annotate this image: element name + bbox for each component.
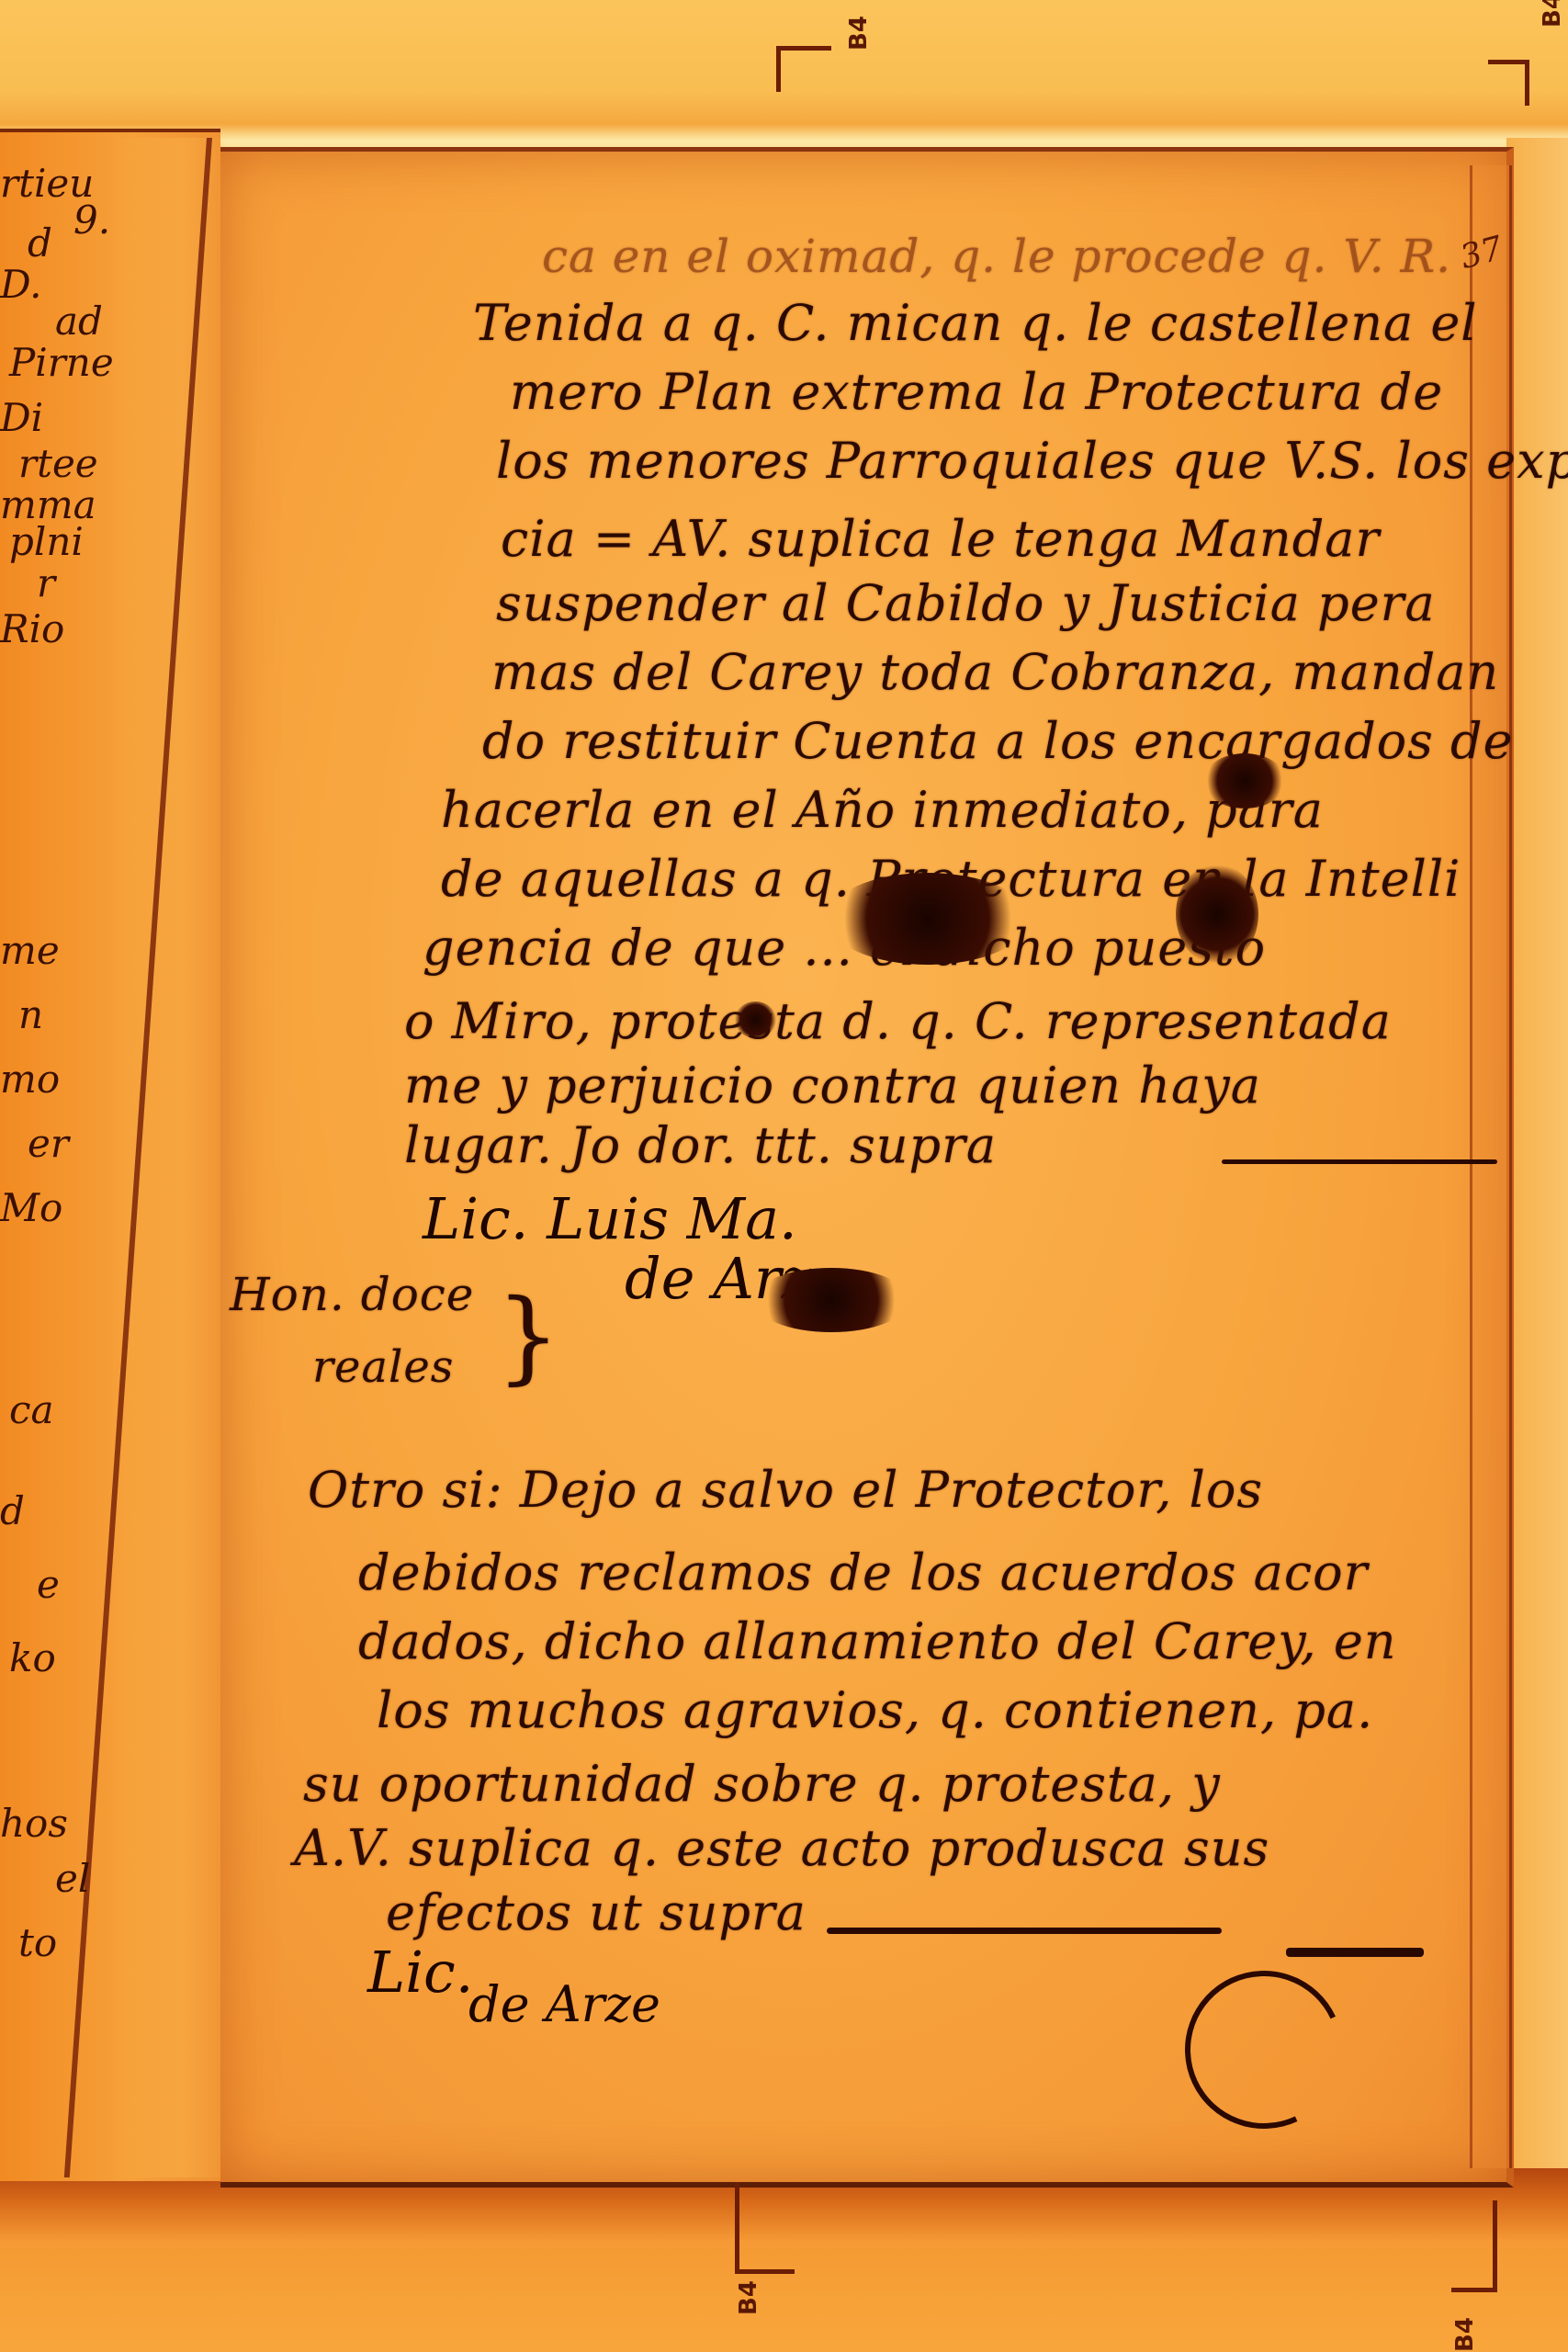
left-fragment: Rio — [0, 606, 64, 651]
text-line: o Miro, protesta d. q. C. representada — [404, 992, 1392, 1050]
left-fragment: rtee — [18, 441, 98, 486]
text-line: do restituir Cuenta a los encargados de — [482, 712, 1514, 770]
left-fragment: ca — [9, 1387, 54, 1432]
signature-line: Lic. — [367, 1939, 473, 2006]
text-line: mas del Carey toda Cobranza, mandan — [491, 643, 1499, 701]
left-fragment: e — [37, 1562, 60, 1607]
crop-mark-top-left — [776, 46, 831, 92]
left-fragment: 9. — [73, 198, 110, 243]
text-line: lugar. Jo dor. ttt. supra — [404, 1116, 997, 1174]
left-fragment: Di — [0, 395, 43, 440]
crop-mark-top-right — [1488, 60, 1529, 106]
left-fragment: D. — [0, 262, 42, 307]
left-fragment: er — [28, 1121, 69, 1166]
left-fragment: d — [28, 220, 52, 266]
left-fragment: el — [55, 1856, 90, 1901]
signature-line: de Arze — [468, 1975, 660, 2033]
left-fragment: me — [0, 928, 60, 973]
text-line: me y perjuicio contra quien haya — [404, 1057, 1261, 1114]
text-line: los menores Parroquiales que V.S. los ex… — [496, 432, 1568, 490]
crop-label-top-left: B4 — [845, 16, 873, 51]
ink-blot — [753, 1268, 909, 1332]
left-fragment: hos — [0, 1801, 68, 1846]
ink-blot — [1203, 753, 1286, 808]
signature-line: Lic. Luis Ma. — [423, 1185, 797, 1252]
left-fragment: r — [37, 560, 55, 605]
text-line: los muchos agravios, q. contienen, pa. — [377, 1681, 1373, 1739]
left-fragment: ad — [55, 299, 103, 344]
text-line: mero Plan extrema la Protectura de — [510, 363, 1443, 421]
text-line: suspender al Cabildo y Justicia pera — [496, 574, 1436, 632]
text-line: ca en el oximad, q. le procede q. V. R. — [542, 230, 1451, 283]
text-line: dados, dicho allanamiento del Carey, en — [358, 1612, 1397, 1670]
text-line: cia = AV. suplica le tenga Mandar — [501, 510, 1380, 568]
closing-rule — [1222, 1159, 1497, 1164]
closing-rule — [1286, 1948, 1424, 1957]
marginal-note-line: reales — [312, 1341, 454, 1393]
left-fragment: n — [18, 992, 43, 1037]
text-line: A.V. suplica q. este acto produsca sus — [294, 1819, 1269, 1877]
ink-blot — [827, 873, 1029, 965]
crop-mark-bottom-right — [1451, 2200, 1497, 2292]
left-fragment: ko — [9, 1635, 56, 1680]
left-fragment: plni — [9, 519, 84, 564]
ink-blot — [735, 1001, 776, 1038]
left-fragment: d — [0, 1488, 25, 1533]
left-fragment: Mo — [0, 1185, 62, 1230]
text-line: efectos ut supra — [386, 1883, 807, 1941]
crop-label-bottom-right: B4 — [1451, 2317, 1479, 2352]
text-line: Otro si: Dejo a salvo el Protector, los — [308, 1461, 1263, 1519]
brace-mark: } — [496, 1277, 561, 1395]
left-fragment: Pirne — [9, 340, 114, 385]
crop-label-bottom-left: B4 — [735, 2280, 762, 2315]
text-line: debidos reclamos de los acuerdos acor — [358, 1543, 1368, 1601]
text-line: hacerla en el Año inmediato, para — [441, 781, 1324, 839]
text-line: su oportunidad sobre q. protesta, y — [303, 1755, 1221, 1813]
gutter-highlight — [110, 138, 230, 2177]
text-line: Tenida a q. C. mican q. le castellena el — [473, 294, 1478, 352]
crop-mark-bottom-left — [735, 2182, 795, 2274]
ink-blot — [1176, 864, 1258, 965]
crop-label-top-right: B4 — [1539, 0, 1566, 28]
left-fragment: to — [18, 1920, 57, 1965]
marginal-note-line: Hon. doce — [230, 1268, 474, 1321]
closing-rule — [827, 1928, 1222, 1934]
left-fragment: mo — [0, 1057, 60, 1102]
